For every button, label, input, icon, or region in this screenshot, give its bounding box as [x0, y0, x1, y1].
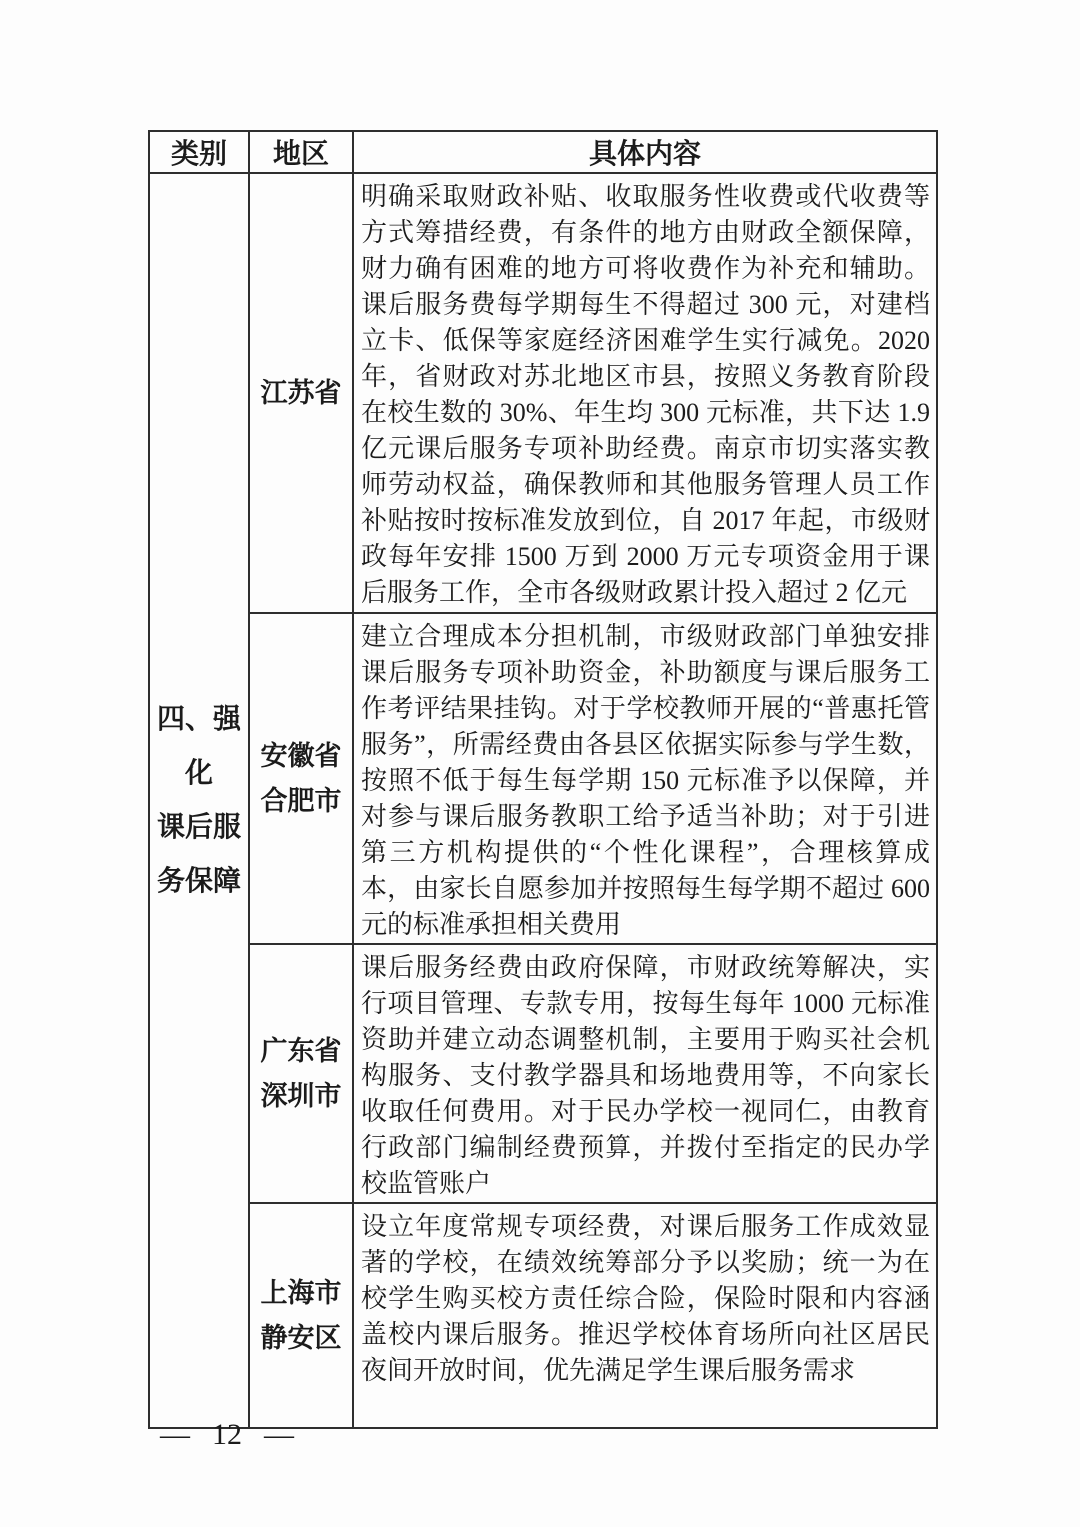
- footer-dash-left: —: [160, 1418, 190, 1452]
- content-cell-guangdong-shenzhen: 课后服务经费由政府保障，市财政统筹解决，实行项目管理、专款专用，按每生每年 10…: [353, 944, 937, 1203]
- region-cell-shanghai-jingan: 上海市 静安区: [249, 1203, 353, 1428]
- document-page: 类别 地区 具体内容 四、强化 课后服 务保障 江苏省 明确采取财政补贴、收取服…: [0, 0, 1080, 1527]
- content-cell-jiangsu: 明确采取财政补贴、收取服务性收费或代收费等方式筹措经费，有条件的地方由财政全额保…: [353, 173, 937, 613]
- page-footer: — 12 —: [160, 1418, 294, 1452]
- policy-table: 类别 地区 具体内容 四、强化 课后服 务保障 江苏省 明确采取财政补贴、收取服…: [148, 130, 938, 1429]
- footer-dash-right: —: [264, 1418, 294, 1452]
- column-header-region: 地区: [249, 131, 353, 173]
- content-cell-shanghai-jingan: 设立年度常规专项经费，对课后服务工作成效显著的学校，在绩效统筹部分予以奖励；统一…: [353, 1203, 937, 1428]
- column-header-content: 具体内容: [353, 131, 937, 173]
- region-cell-anhui-hefei: 安徽省 合肥市: [249, 613, 353, 944]
- table-row: 上海市 静安区 设立年度常规专项经费，对课后服务工作成效显著的学校，在绩效统筹部…: [149, 1203, 937, 1428]
- category-cell: 四、强化 课后服 务保障: [149, 173, 249, 1428]
- table-row: 四、强化 课后服 务保障 江苏省 明确采取财政补贴、收取服务性收费或代收费等方式…: [149, 173, 937, 613]
- region-cell-jiangsu: 江苏省: [249, 173, 353, 613]
- region-cell-guangdong-shenzhen: 广东省 深圳市: [249, 944, 353, 1203]
- table-row: 广东省 深圳市 课后服务经费由政府保障，市财政统筹解决，实行项目管理、专款专用，…: [149, 944, 937, 1203]
- page-number: 12: [212, 1418, 242, 1452]
- table-header-row: 类别 地区 具体内容: [149, 131, 937, 173]
- table-row: 安徽省 合肥市 建立合理成本分担机制，市级财政部门单独安排课后服务专项补助资金，…: [149, 613, 937, 944]
- content-cell-anhui-hefei: 建立合理成本分担机制，市级财政部门单独安排课后服务专项补助资金，补助额度与课后服…: [353, 613, 937, 944]
- column-header-category: 类别: [149, 131, 249, 173]
